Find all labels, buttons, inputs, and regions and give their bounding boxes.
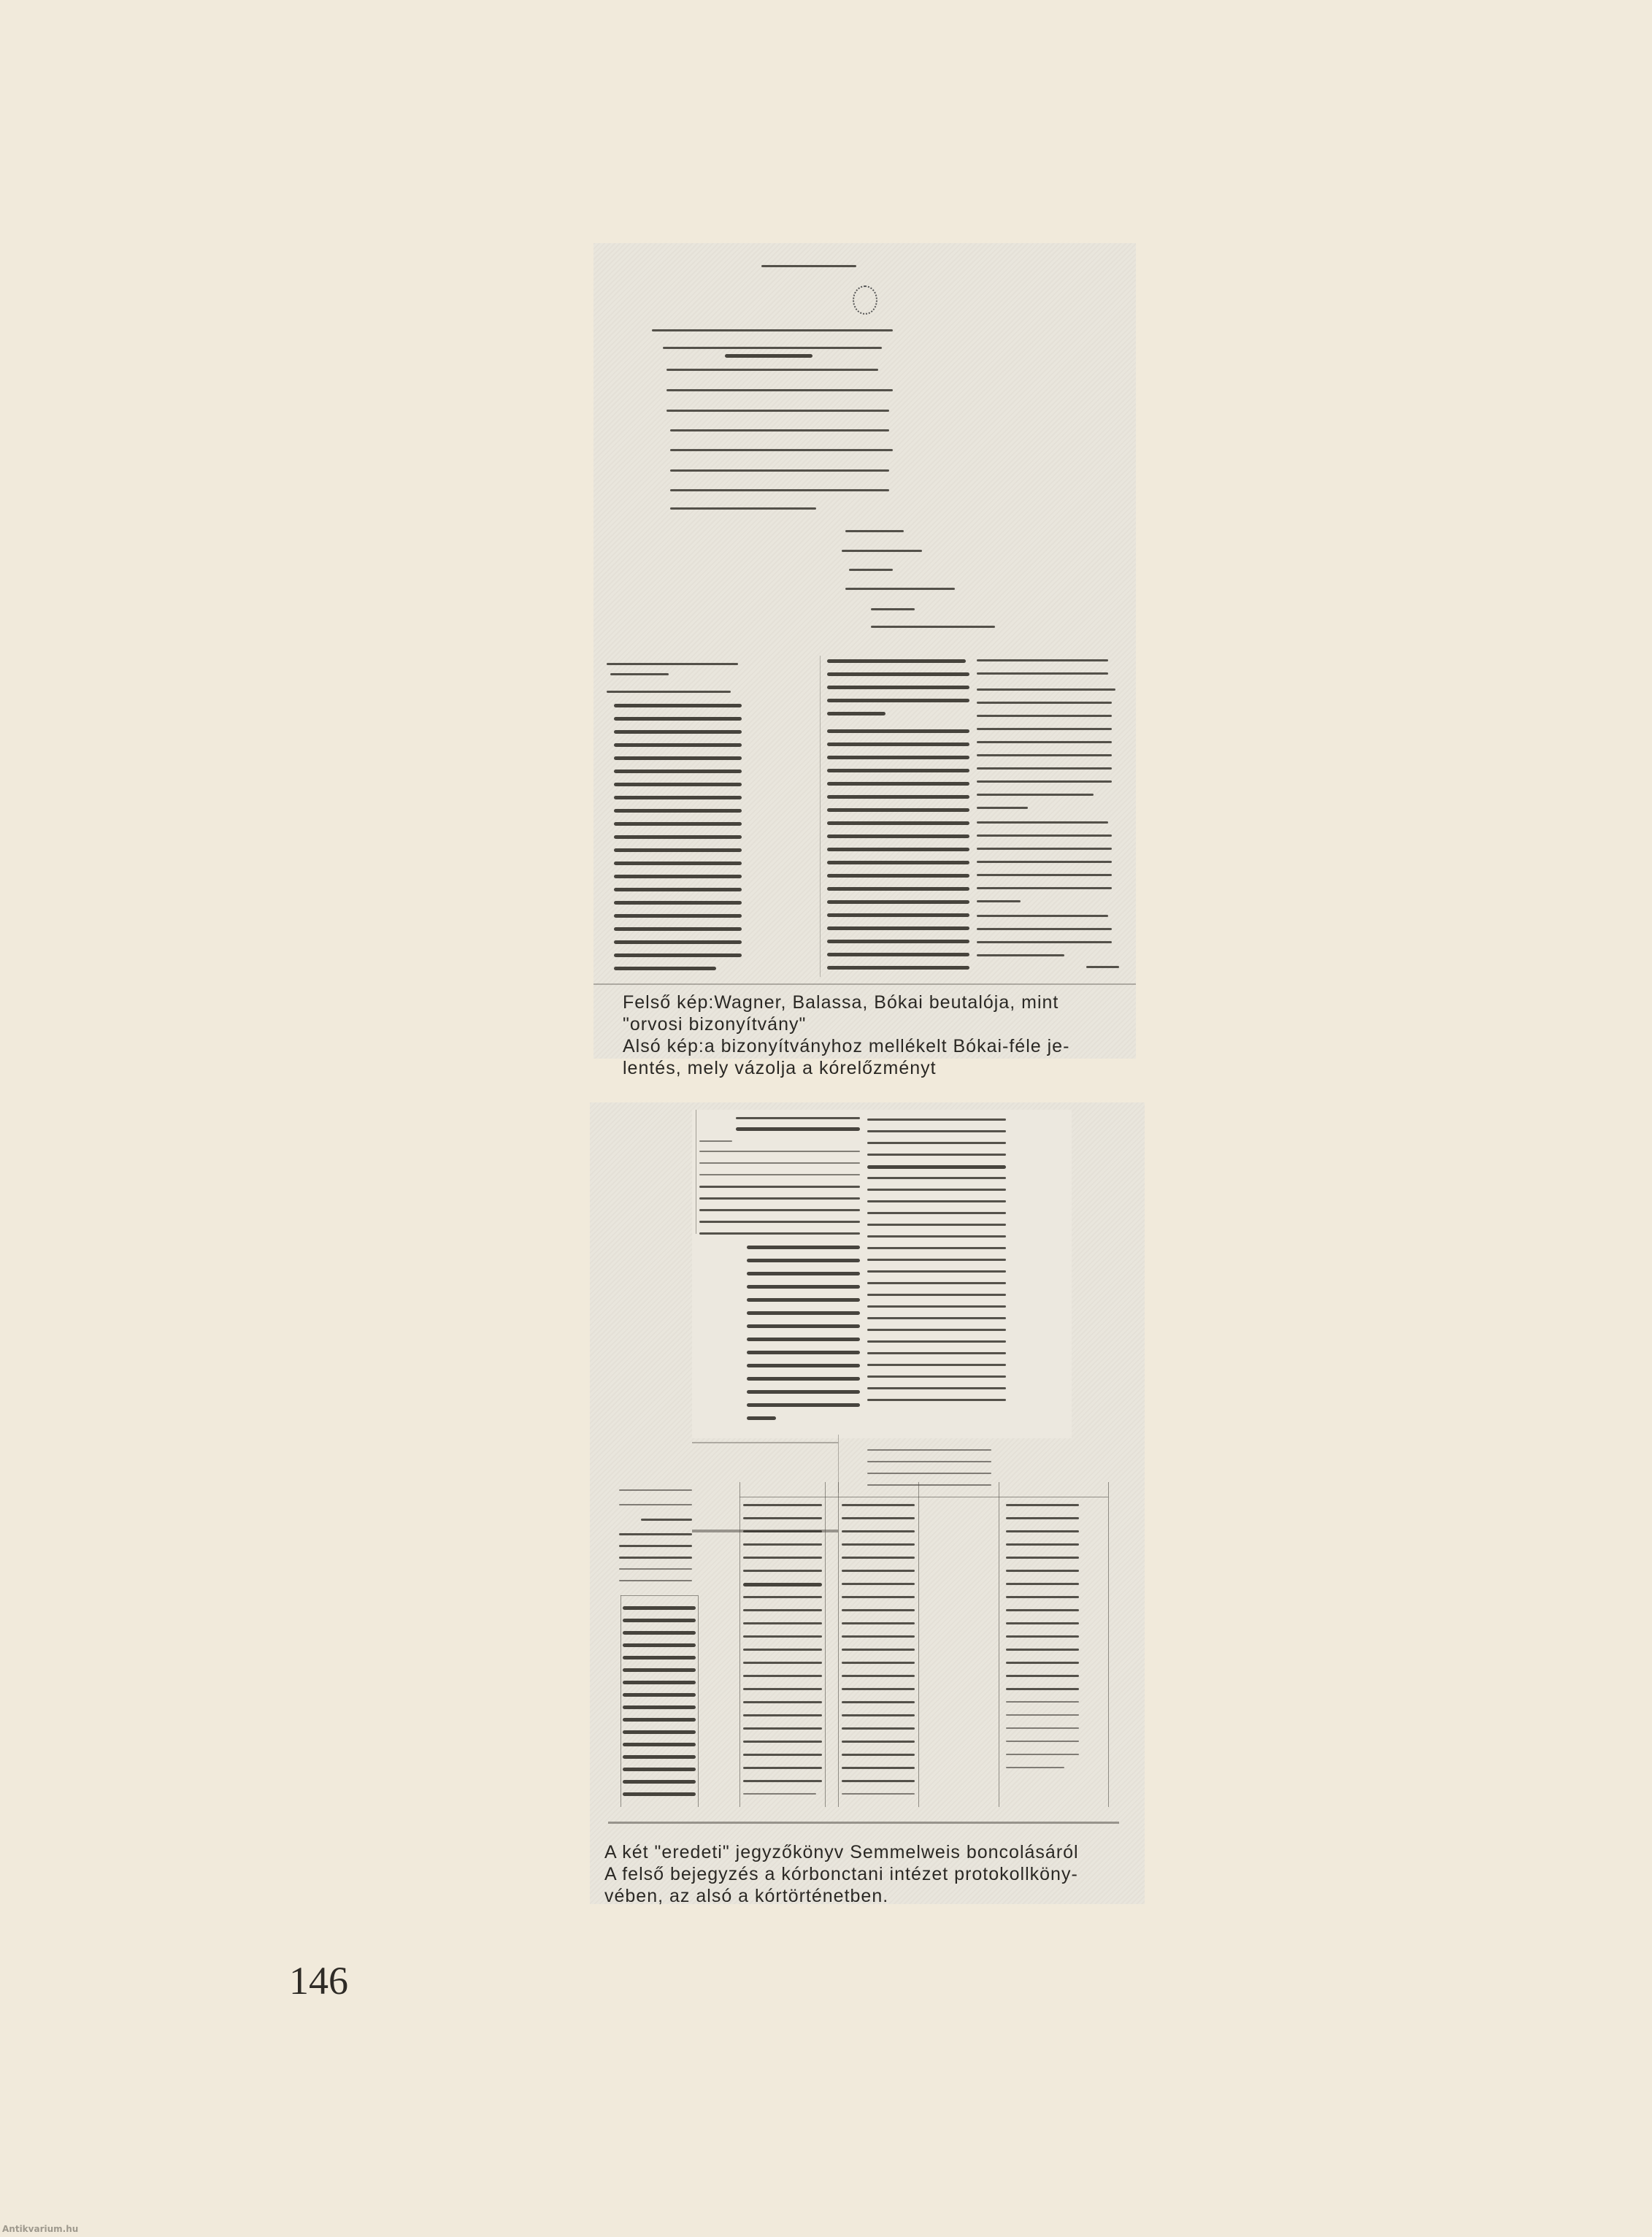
ledger-column-2 [743,1504,823,1811]
figure-top-caption: Felső kép:Wagner, Balassa, Bókai beutaló… [623,991,1069,1079]
report-column-1 [607,663,745,977]
ledger-column-1 [623,1606,696,1811]
caption-line: A két "eredeti" jegyzőkönyv Semmelweis b… [604,1841,1079,1863]
ledger-column-3 [842,1504,918,1811]
caption-line: Alsó kép:a bizonyítványhoz mellékelt Bók… [623,1035,1069,1057]
caption-line: "orvosi bizonyítvány" [623,1013,1069,1035]
bokai-report-handwriting [593,648,1136,984]
caption-line: vében, az alsó a kórtörténetben. [604,1885,1079,1907]
protocol-book-page [692,1110,1072,1438]
figure-bottom-caption: A két "eredeti" jegyzőkönyv Semmelweis b… [604,1841,1079,1907]
caption-line: A felső bejegyzés a kórbonctani intézet … [604,1863,1079,1885]
caption-line: lentés, mely vázolja a kórelőzményt [623,1057,1069,1079]
report-column-3 [977,659,1123,981]
caption-line: Felső kép:Wagner, Balassa, Bókai beutaló… [623,991,1069,1013]
signature-balassa [849,569,893,571]
ledger-column-4 [1006,1504,1083,1811]
certificate-heading [761,265,856,267]
report-column-2 [827,659,973,981]
medical-certificate-handwriting [593,243,1136,648]
watermark: Antikvarium.hu [2,2224,78,2234]
signature-bokai [871,608,915,610]
ledger-form-header [619,1475,699,1584]
signature-report [1086,966,1119,968]
signature-wagner [845,530,904,532]
page-number: 146 [289,1958,348,2003]
figure-bottom-photo: A két "eredeti" jegyzőkönyv Semmelweis b… [590,1102,1145,1904]
figure-top-photo: Felső kép:Wagner, Balassa, Bókai beutaló… [593,243,1136,1059]
official-stamp [853,285,877,315]
